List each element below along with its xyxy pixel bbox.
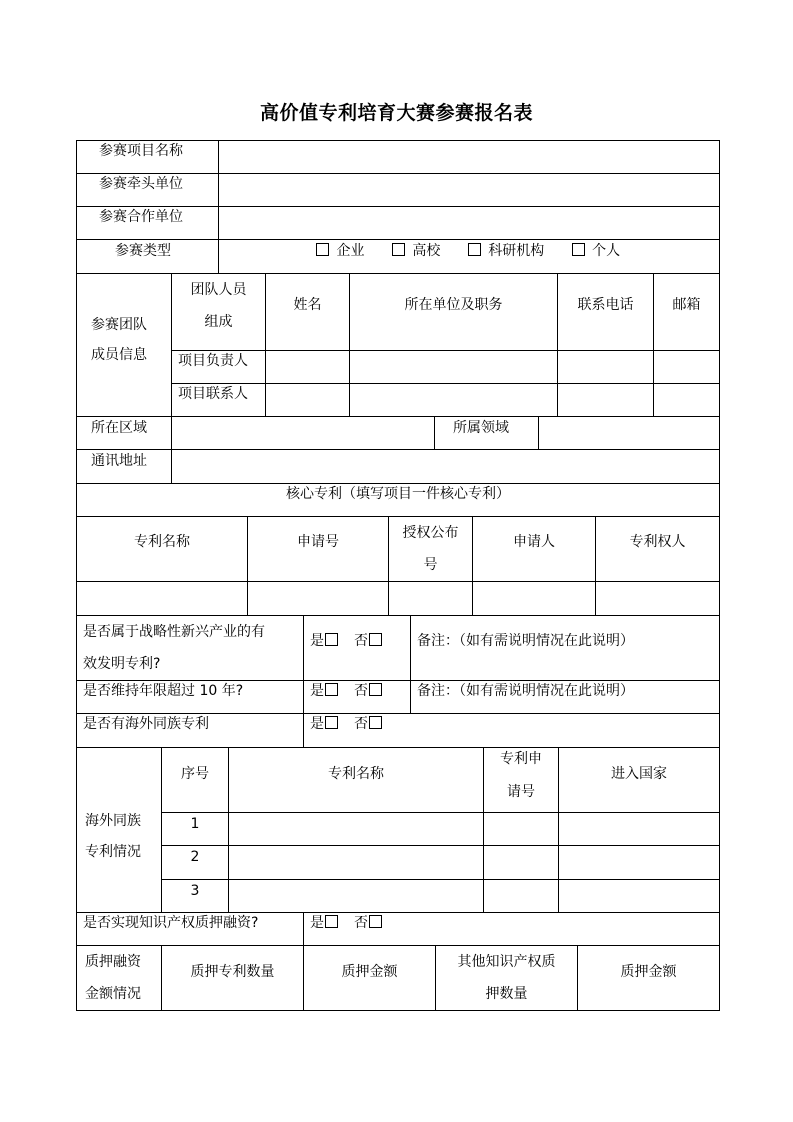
overseas-name-field-3[interactable] — [228, 879, 484, 913]
core-col-owner: 专利权人 — [595, 516, 720, 582]
checkbox-icon[interactable] — [325, 716, 338, 729]
overseas-country-field-2[interactable] — [558, 845, 720, 880]
core-applicant-field[interactable] — [472, 581, 596, 616]
core-patent-heading: 核心专利（填写项目一件核心专利） — [76, 483, 720, 517]
checkbox-icon[interactable] — [325, 915, 338, 928]
contact-unit-field[interactable] — [349, 383, 558, 417]
question-overseas: 是否有海外同族专利 — [76, 713, 304, 748]
overseas-app-no-field-3[interactable] — [483, 879, 559, 913]
strategic-yes-no: 是否 — [303, 615, 411, 681]
question-maintained: 是否维持年限超过 10 年? — [76, 680, 304, 714]
pledge-section-label: 质押融资 金额情况 — [76, 945, 162, 1011]
core-col-applicant: 申请人 — [472, 516, 596, 582]
maintained-yes-no: 是否 — [303, 680, 411, 714]
team-header-unit: 所在单位及职务 — [349, 273, 558, 351]
checkbox-icon[interactable] — [369, 633, 382, 646]
checkbox-icon[interactable] — [369, 716, 382, 729]
field-field[interactable] — [538, 416, 720, 450]
contact-name-field[interactable] — [265, 383, 350, 417]
region-label: 所在区域 — [76, 416, 172, 450]
overseas-name-field-1[interactable] — [228, 812, 484, 846]
core-col-app-no: 申请号 — [247, 516, 389, 582]
field-label: 所属领域 — [434, 416, 539, 450]
address-label: 通讯地址 — [76, 449, 172, 484]
checkbox-icon[interactable] — [325, 683, 338, 696]
overseas-row-seq-2: 2 — [161, 845, 229, 880]
team-header-phone: 联系电话 — [557, 273, 654, 351]
type-option-enterprise[interactable]: 企业 — [313, 243, 364, 259]
strategic-remark[interactable]: 备注：（如有需说明情况在此说明） — [410, 615, 720, 681]
type-option-individual[interactable]: 个人 — [569, 243, 620, 259]
contact-phone-field[interactable] — [557, 383, 654, 417]
leader-name-field[interactable] — [265, 350, 350, 384]
core-app-no-field[interactable] — [247, 581, 389, 616]
core-name-field[interactable] — [76, 581, 248, 616]
region-field[interactable] — [171, 416, 435, 450]
form-title: 高价值专利培育大赛参赛报名表 — [0, 98, 793, 125]
team-role-leader: 项目负责人 — [171, 350, 266, 384]
overseas-row-seq-3: 3 — [161, 879, 229, 913]
lead-unit-label: 参赛牵头单位 — [76, 173, 219, 207]
coop-unit-label: 参赛合作单位 — [76, 206, 219, 240]
overseas-name-field-2[interactable] — [228, 845, 484, 880]
lead-unit-field[interactable] — [218, 173, 720, 207]
overseas-col-name: 专利名称 — [228, 747, 484, 813]
question-strategic: 是否属于战略性新兴产业的有 效发明专利? — [76, 615, 304, 681]
type-option-research[interactable]: 科研机构 — [465, 243, 544, 259]
type-label: 参赛类型 — [76, 239, 219, 274]
core-pub-no-field[interactable] — [388, 581, 473, 616]
checkbox-icon[interactable] — [325, 633, 338, 646]
checkbox-icon[interactable] — [392, 243, 405, 256]
core-owner-field[interactable] — [595, 581, 720, 616]
pledge-col-patent-count: 质押专利数量 — [161, 945, 304, 1011]
core-col-name: 专利名称 — [76, 516, 248, 582]
checkbox-icon[interactable] — [369, 915, 382, 928]
pledge-col-amount: 质押金额 — [303, 945, 436, 1011]
pledge-col-amount-2: 质押金额 — [577, 945, 720, 1011]
leader-unit-field[interactable] — [349, 350, 558, 384]
overseas-country-field-1[interactable] — [558, 812, 720, 846]
pledge-yes-no: 是否 — [303, 912, 720, 946]
pledge-col-other-count: 其他知识产权质 押数量 — [435, 945, 578, 1011]
team-header-name: 姓名 — [265, 273, 350, 351]
overseas-col-app-no: 专利申 请号 — [483, 747, 559, 813]
overseas-yes-no: 是否 — [303, 713, 720, 748]
overseas-row-seq-1: 1 — [161, 812, 229, 846]
team-header-role: 团队人员 组成 — [171, 273, 266, 351]
checkbox-icon[interactable] — [468, 243, 481, 256]
leader-phone-field[interactable] — [557, 350, 654, 384]
coop-unit-field[interactable] — [218, 206, 720, 240]
maintained-remark[interactable]: 备注：（如有需说明情况在此说明） — [410, 680, 720, 714]
checkbox-icon[interactable] — [316, 243, 329, 256]
type-options: 企业 高校 科研机构 个人 — [218, 239, 720, 274]
contact-email-field[interactable] — [653, 383, 720, 417]
checkbox-icon[interactable] — [369, 683, 382, 696]
team-section-label: 参赛团队 成员信息 — [76, 273, 172, 417]
question-pledge: 是否实现知识产权质押融资? — [76, 912, 304, 946]
type-option-university[interactable]: 高校 — [389, 243, 440, 259]
leader-email-field[interactable] — [653, 350, 720, 384]
overseas-country-field-3[interactable] — [558, 879, 720, 913]
core-col-pub-no: 授权公布 号 — [388, 516, 473, 582]
overseas-app-no-field-1[interactable] — [483, 812, 559, 846]
project-name-label: 参赛项目名称 — [76, 140, 219, 174]
overseas-col-country: 进入国家 — [558, 747, 720, 813]
address-field[interactable] — [171, 449, 720, 484]
overseas-col-seq: 序号 — [161, 747, 229, 813]
team-header-email: 邮箱 — [653, 273, 720, 351]
checkbox-icon[interactable] — [572, 243, 585, 256]
overseas-app-no-field-2[interactable] — [483, 845, 559, 880]
overseas-section-label: 海外同族 专利情况 — [76, 747, 162, 913]
team-role-contact: 项目联系人 — [171, 383, 266, 417]
project-name-field[interactable] — [218, 140, 720, 174]
